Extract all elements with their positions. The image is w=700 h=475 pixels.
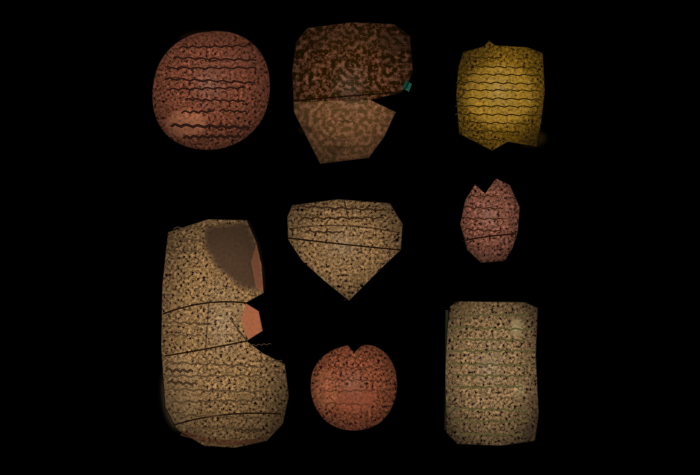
fragment-bottom-center-round <box>310 345 397 431</box>
fragment-bottom-right-slab <box>445 301 539 446</box>
ostraca-photo-canvas <box>0 0 700 475</box>
pit-hole <box>344 299 347 302</box>
fragment-top-left-round <box>152 31 270 150</box>
fragment-top-right-ochre <box>456 40 546 151</box>
pit-hole <box>361 285 364 288</box>
pit-hole <box>395 238 398 241</box>
pit-hole <box>305 263 308 266</box>
pit-hole <box>301 209 304 212</box>
ostraca-photograph <box>0 0 700 475</box>
fragment-shading <box>445 301 539 446</box>
